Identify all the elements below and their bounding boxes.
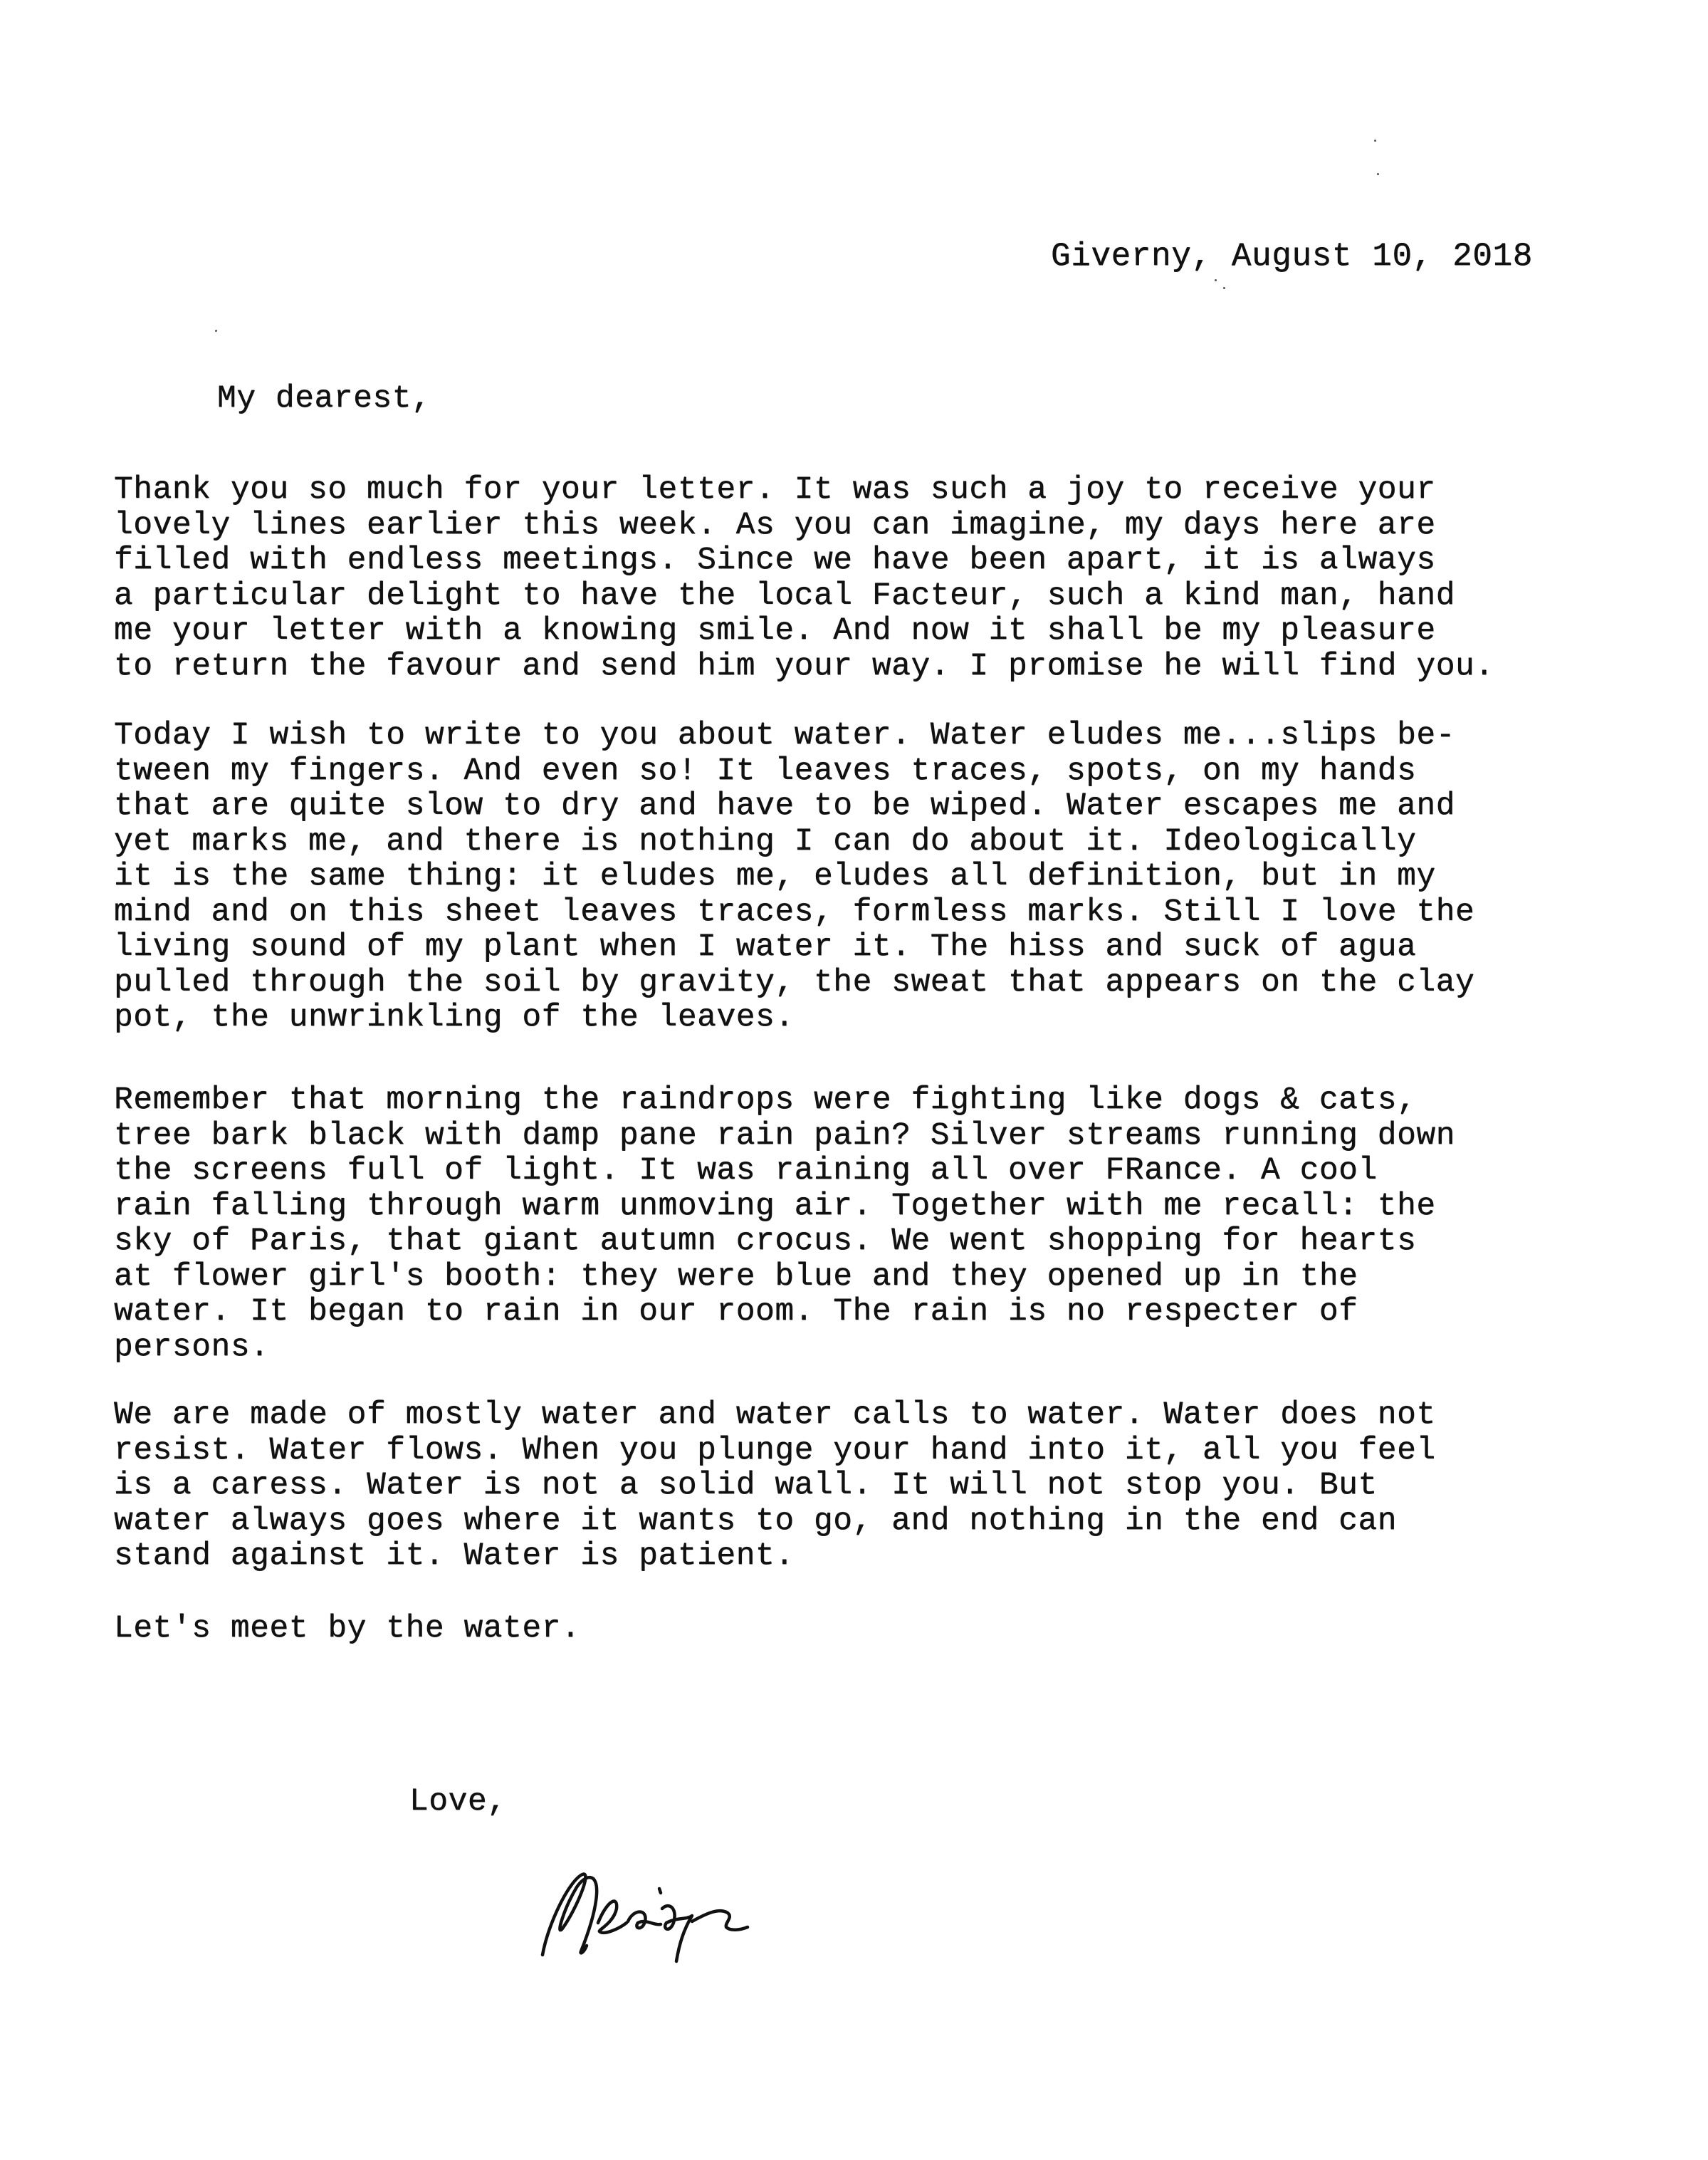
text-line: stand against it. Water is patient. bbox=[114, 1538, 1436, 1574]
text-line: pulled through the soil by gravity, the … bbox=[114, 965, 1474, 1001]
letter-page: Giverny, August 10, 2018 My dearest, Tha… bbox=[0, 0, 1708, 2160]
text-line: to return the favour and send him your w… bbox=[114, 649, 1494, 684]
text-line: a particular delight to have the local F… bbox=[114, 578, 1494, 614]
text-line: filled with endless meetings. Since we h… bbox=[114, 543, 1494, 578]
paragraph-water: Today I wish to write to you about water… bbox=[114, 718, 1474, 1035]
text-line: tree bark black with damp pane rain pain… bbox=[114, 1118, 1455, 1154]
text-line: persons. bbox=[114, 1330, 1455, 1365]
text-line: rain falling through warm unmoving air. … bbox=[114, 1189, 1455, 1224]
paragraph-thanks: Thank you so much for your letter. It wa… bbox=[114, 472, 1494, 684]
paper-speck bbox=[1374, 140, 1376, 142]
closing-line: Let's meet by the water. bbox=[114, 1611, 580, 1647]
text-line: the screens full of light. It was rainin… bbox=[114, 1153, 1455, 1189]
text-line: pot, the unwrinkling of the leaves. bbox=[114, 1000, 1474, 1035]
text-line: Remember that morning the raindrops were… bbox=[114, 1082, 1455, 1118]
text-line: is a caress. Water is not a solid wall. … bbox=[114, 1468, 1436, 1503]
paragraph-rain: Remember that morning the raindrops were… bbox=[114, 1082, 1455, 1365]
text-line: water always goes where it wants to go, … bbox=[114, 1503, 1436, 1539]
paragraph-patience: We are made of mostly water and water ca… bbox=[114, 1397, 1436, 1574]
text-line: tween my fingers. And even so! It leaves… bbox=[114, 753, 1474, 789]
text-line: sky of Paris, that giant autumn crocus. … bbox=[114, 1224, 1455, 1259]
handwritten-signature bbox=[527, 1866, 926, 1987]
text-line: yet marks me, and there is nothing I can… bbox=[114, 824, 1474, 860]
paper-speck bbox=[215, 330, 217, 332]
date-line: Giverny, August 10, 2018 bbox=[1051, 239, 1533, 274]
text-line: that are quite slow to dry and have to b… bbox=[114, 788, 1474, 824]
text-line: Thank you so much for your letter. It wa… bbox=[114, 472, 1494, 508]
text-line: me your letter with a knowing smile. And… bbox=[114, 613, 1494, 649]
text-line: water. It began to rain in our room. The… bbox=[114, 1294, 1455, 1330]
text-line: resist. Water flows. When you plunge you… bbox=[114, 1433, 1436, 1468]
text-line: living sound of my plant when I water it… bbox=[114, 929, 1474, 965]
text-line: lovely lines earlier this week. As you c… bbox=[114, 508, 1494, 543]
text-line: Today I wish to write to you about water… bbox=[114, 718, 1474, 753]
text-line: mind and on this sheet leaves traces, fo… bbox=[114, 894, 1474, 930]
text-line: it is the same thing: it eludes me, elud… bbox=[114, 859, 1474, 894]
salutation: My dearest, bbox=[217, 381, 431, 417]
paper-speck bbox=[1377, 173, 1379, 175]
paper-speck bbox=[1215, 279, 1217, 281]
paper-speck bbox=[1223, 287, 1225, 289]
sign-off: Love, bbox=[409, 1784, 507, 1820]
text-line: at flower girl's booth: they were blue a… bbox=[114, 1259, 1455, 1295]
text-line: We are made of mostly water and water ca… bbox=[114, 1397, 1436, 1433]
